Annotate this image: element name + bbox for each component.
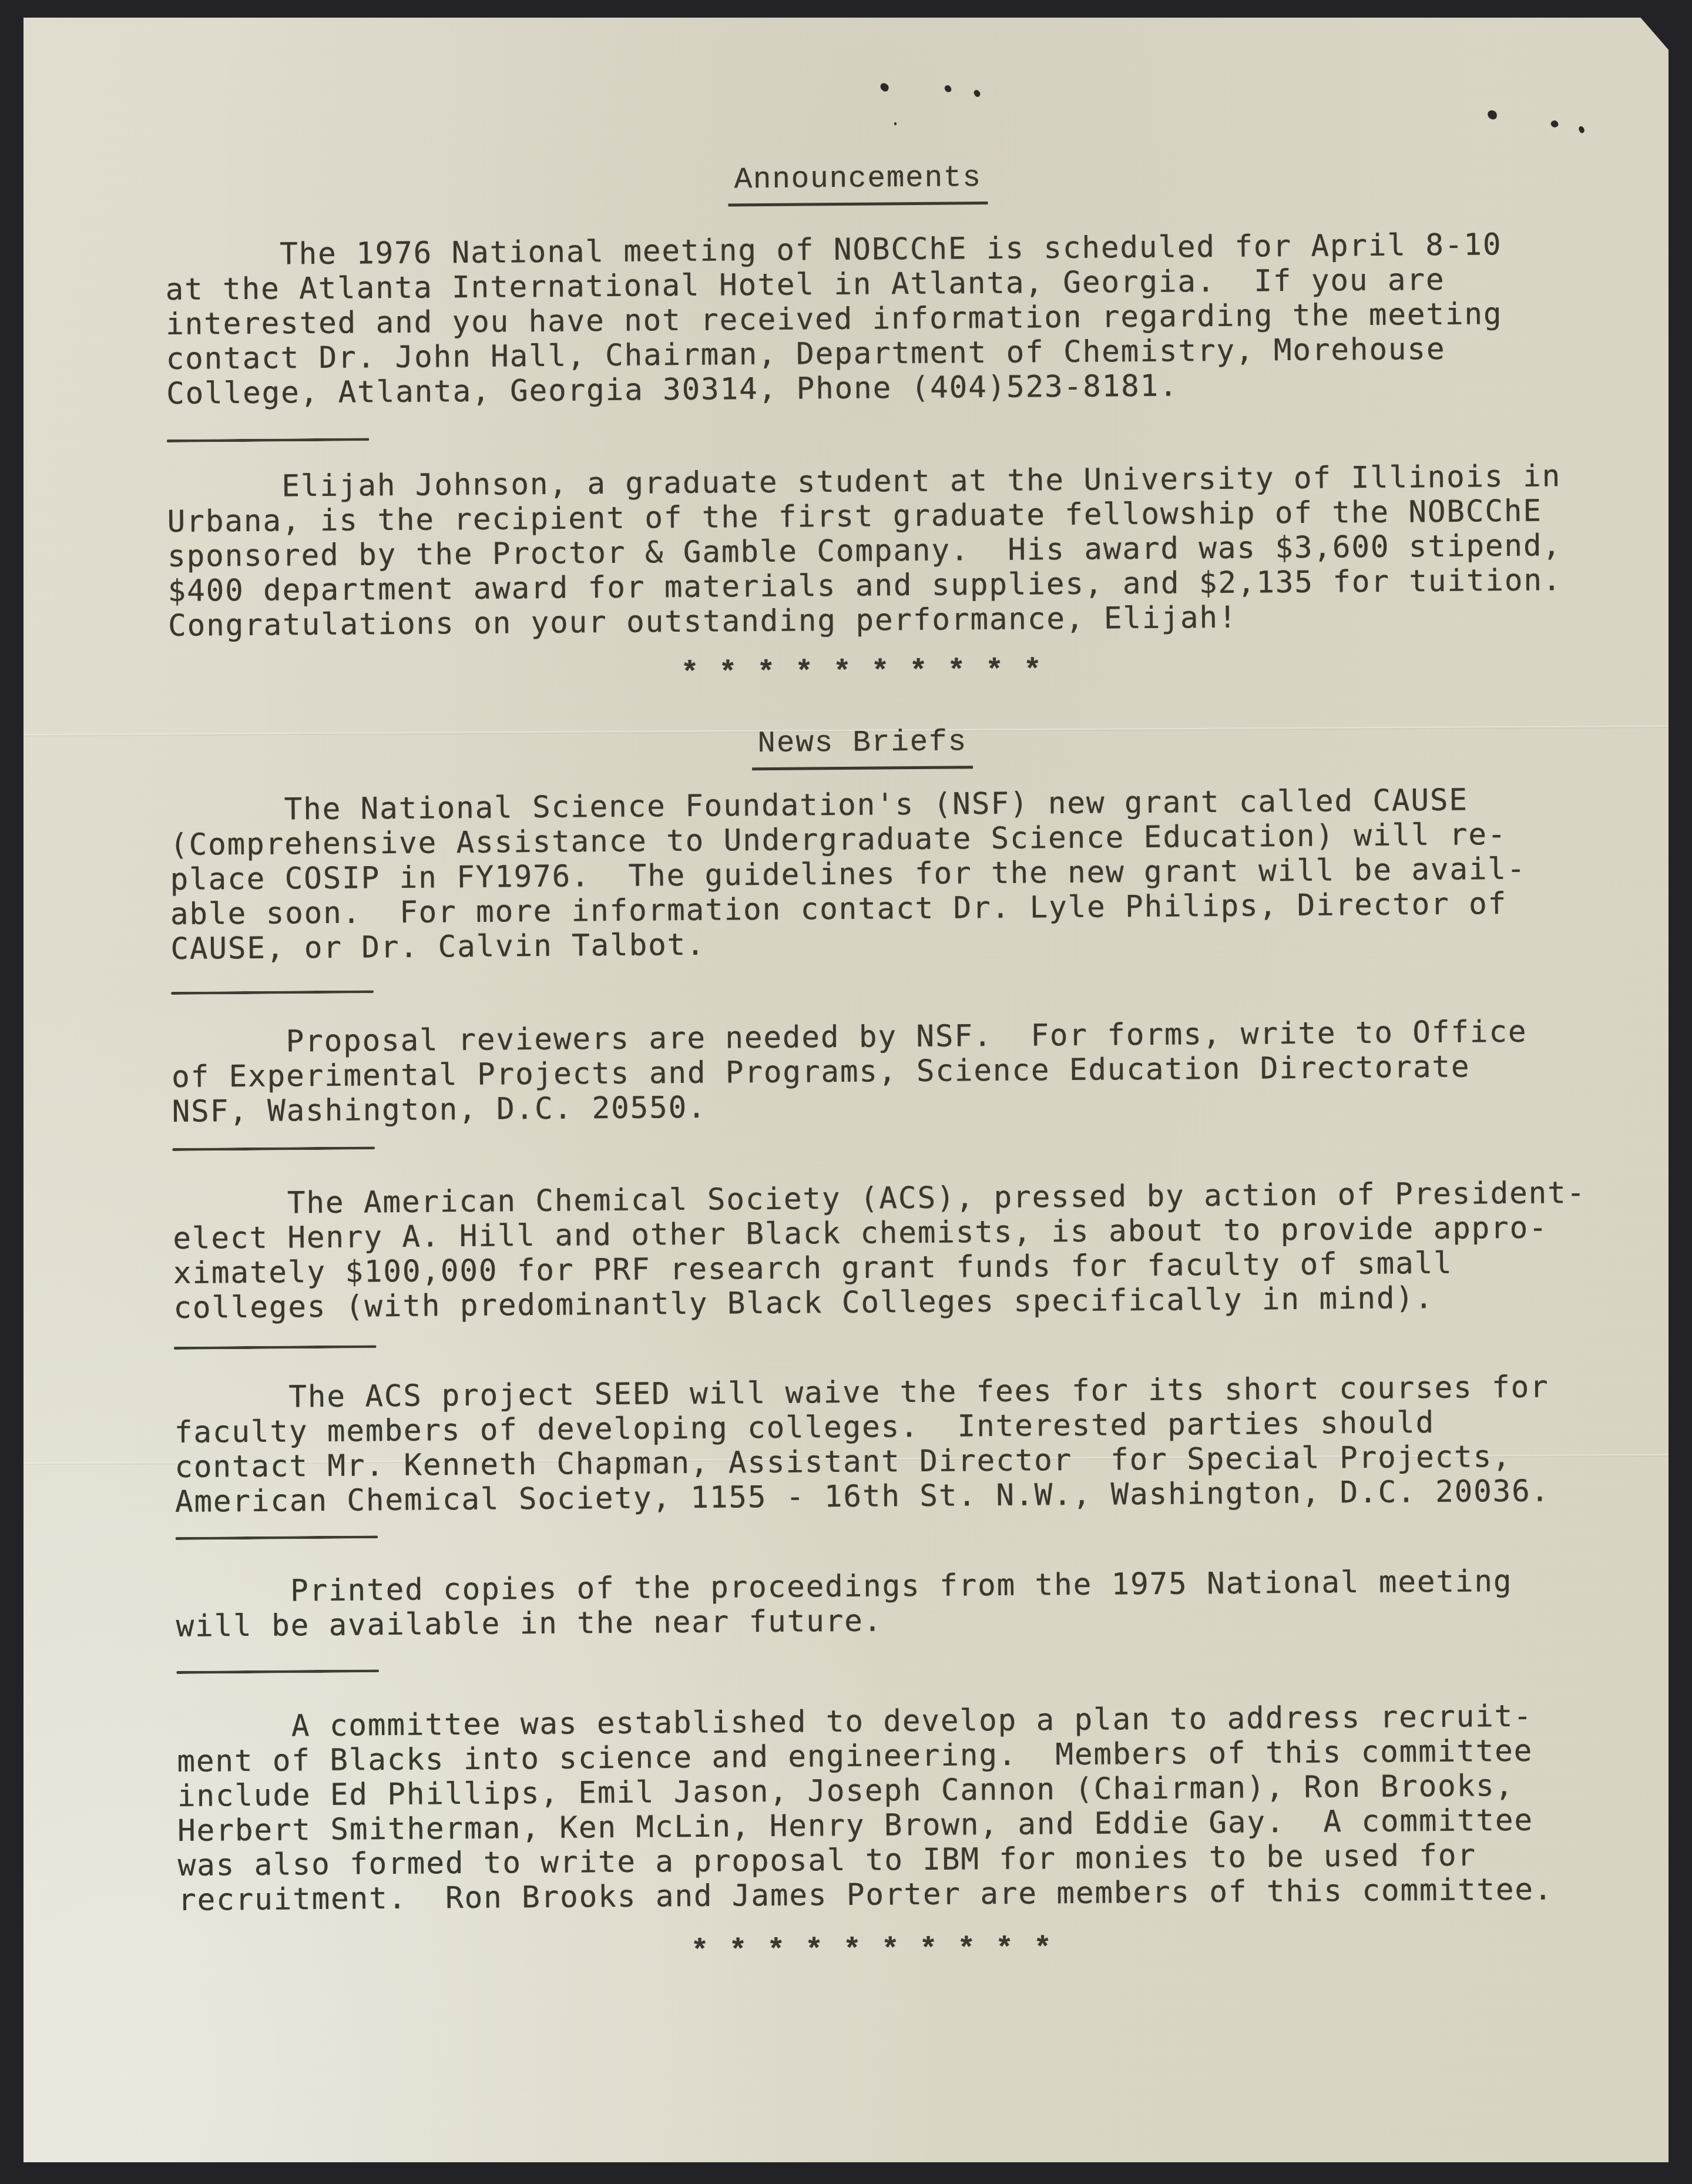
star-separator: * * * * * * * * * * <box>691 1933 1053 1969</box>
paragraph-proposal-reviewers: Proposal reviewers are needed by NSF. Fo… <box>171 1014 1623 1129</box>
ink-speck <box>879 82 890 92</box>
item-divider <box>174 1345 377 1350</box>
star-separator-row: * * * * * * * * * * <box>179 1928 1565 1974</box>
item-divider <box>167 438 370 442</box>
paragraph-national-meeting: The 1976 National meeting of NOBCChE is … <box>165 227 1617 411</box>
section-announcements-header: Announcements <box>164 156 1552 211</box>
paragraph-printed-proceedings: Printed copies of the proceedings from t… <box>176 1564 1627 1644</box>
star-separator: * * * * * * * * * * <box>681 655 1043 691</box>
paragraph-recruitment-committee: A committee was established to develop a… <box>177 1699 1630 1918</box>
paragraph-elijah-johnson: Elijah Johnson, a graduate student at th… <box>167 459 1619 643</box>
ink-speck <box>894 122 897 125</box>
ink-speck <box>972 89 982 98</box>
paragraph-nsf-cause: The National Science Foundation's (NSF) … <box>169 782 1621 967</box>
paragraph-acs-prf-funds: The American Chemical Society (ACS), pre… <box>173 1176 1625 1326</box>
item-divider <box>172 1146 375 1151</box>
announcements-heading: Announcements <box>728 161 988 206</box>
item-divider <box>176 1669 379 1674</box>
item-divider <box>171 990 374 995</box>
scanned-newsletter-page: Announcements The 1976 National meeting … <box>23 18 1668 2162</box>
ink-speck <box>944 85 952 93</box>
scan-background: Announcements The 1976 National meeting … <box>0 0 1692 2184</box>
star-separator-row: * * * * * * * * * * <box>169 650 1555 696</box>
paragraph-acs-project-seed: The ACS project SEED will waive the fees… <box>174 1370 1626 1519</box>
news-briefs-heading: News Briefs <box>751 725 973 770</box>
typed-content: Announcements The 1976 National meeting … <box>164 156 1630 1974</box>
section-news-briefs-header: News Briefs <box>169 720 1556 775</box>
ink-speck <box>1577 125 1586 134</box>
ink-speck <box>1550 119 1559 129</box>
ink-speck <box>1487 110 1498 120</box>
item-divider <box>175 1535 378 1540</box>
